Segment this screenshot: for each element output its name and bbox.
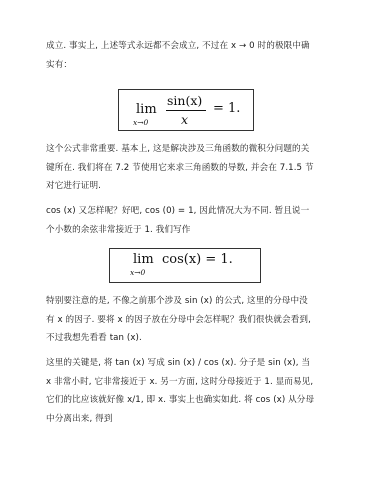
formula-expression: cos(x) = 1. <box>162 252 233 267</box>
text-line: 实有： <box>46 56 331 75</box>
formula-sin-limit: lim x→0 sin(x) x = 1. <box>118 89 254 131</box>
lim-operator: lim <box>136 102 157 117</box>
fraction-numerator: sin(x) <box>167 93 202 108</box>
paragraph-1: 成立. 事实上, 上述等式永远都不会成立, 不过在 x → 0 时的极限中确 实… <box>46 37 331 74</box>
text-line: 成立. 事实上, 上述等式永远都不会成立, 不过在 x → 0 时的极限中确 <box>46 37 331 56</box>
text-line: 它们的比应该就好像 x/1, 即 x. 事实上也确实如此. 将 cos (x) … <box>46 391 331 410</box>
paragraph-4: 特别要注意的是, 不像之前那个涉及 sin (x) 的公式, 这里的分母中没 有… <box>46 292 331 348</box>
text-line: 不过我想先看看 tan (x). <box>46 329 331 348</box>
lim-subscript: x→0 <box>133 118 148 127</box>
text-line: 有 x 的因子. 要将 x 的因子放在分母中会怎样呢？我们很快就会看到, <box>46 311 331 330</box>
text-line: 对它进行证明. <box>46 177 331 196</box>
formula-rhs: = 1. <box>213 101 240 116</box>
lim-subscript: x→0 <box>130 268 145 277</box>
text-line: 个小数的余弦非常接近于 1. 我们写作 <box>46 221 331 240</box>
text-line: 键所在. 我们将在 7.2 节使用它来求三角函数的导数, 并会在 7.1.5 节 <box>46 159 331 178</box>
text-line: cos (x) 又怎样呢？好吧, cos (0) = 1, 因此情况大为不同. … <box>46 202 331 221</box>
text-line: x 非常小时, 它非常接近于 x. 另一方面, 这时分母接近于 1. 显而易见, <box>46 373 331 392</box>
text-line: 这个公式非常重要. 基本上, 这是解决涉及三角函数的微积分问题的关 <box>46 140 331 159</box>
text-line: 这里的关键是, 将 tan (x) 写成 sin (x) / cos (x). … <box>46 354 331 373</box>
paragraph-3: cos (x) 又怎样呢？好吧, cos (0) = 1, 因此情况大为不同. … <box>46 202 331 239</box>
text-line: 中分离出来, 得到 <box>46 410 331 429</box>
paragraph-5: 这里的关键是, 将 tan (x) 写成 sin (x) / cos (x). … <box>46 354 331 428</box>
formula-cos-limit: lim x→0 cos(x) = 1. <box>109 248 261 283</box>
text-line: 特别要注意的是, 不像之前那个涉及 sin (x) 的公式, 这里的分母中没 <box>46 292 331 311</box>
fraction-bar <box>166 110 206 111</box>
lim-operator: lim <box>133 252 154 267</box>
fraction-denominator: x <box>181 112 188 127</box>
paragraph-2: 这个公式非常重要. 基本上, 这是解决涉及三角函数的微积分问题的关 键所在. 我… <box>46 140 331 196</box>
